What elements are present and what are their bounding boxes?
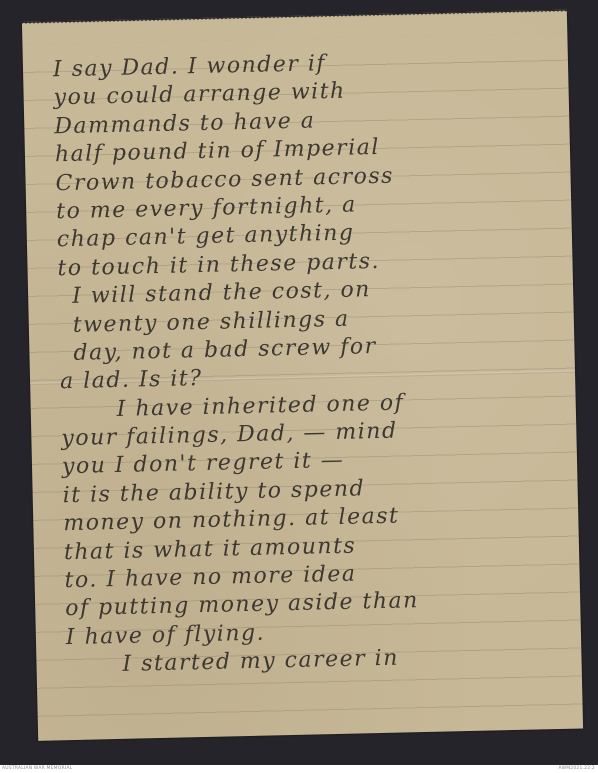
handwritten-text: I say Dad. I wonder if you could arrange… (53, 45, 567, 681)
letter-page: I say Dad. I wonder if you could arrange… (22, 13, 583, 741)
scan-area: I say Dad. I wonder if you could arrange… (0, 0, 598, 765)
item-reference: AWM2021.22.2 (559, 766, 595, 772)
footer-strip: AUSTRALIAN WAR MEMORIAL AWM2021.22.2 (0, 765, 598, 773)
institution-credit: AUSTRALIAN WAR MEMORIAL (2, 766, 72, 772)
